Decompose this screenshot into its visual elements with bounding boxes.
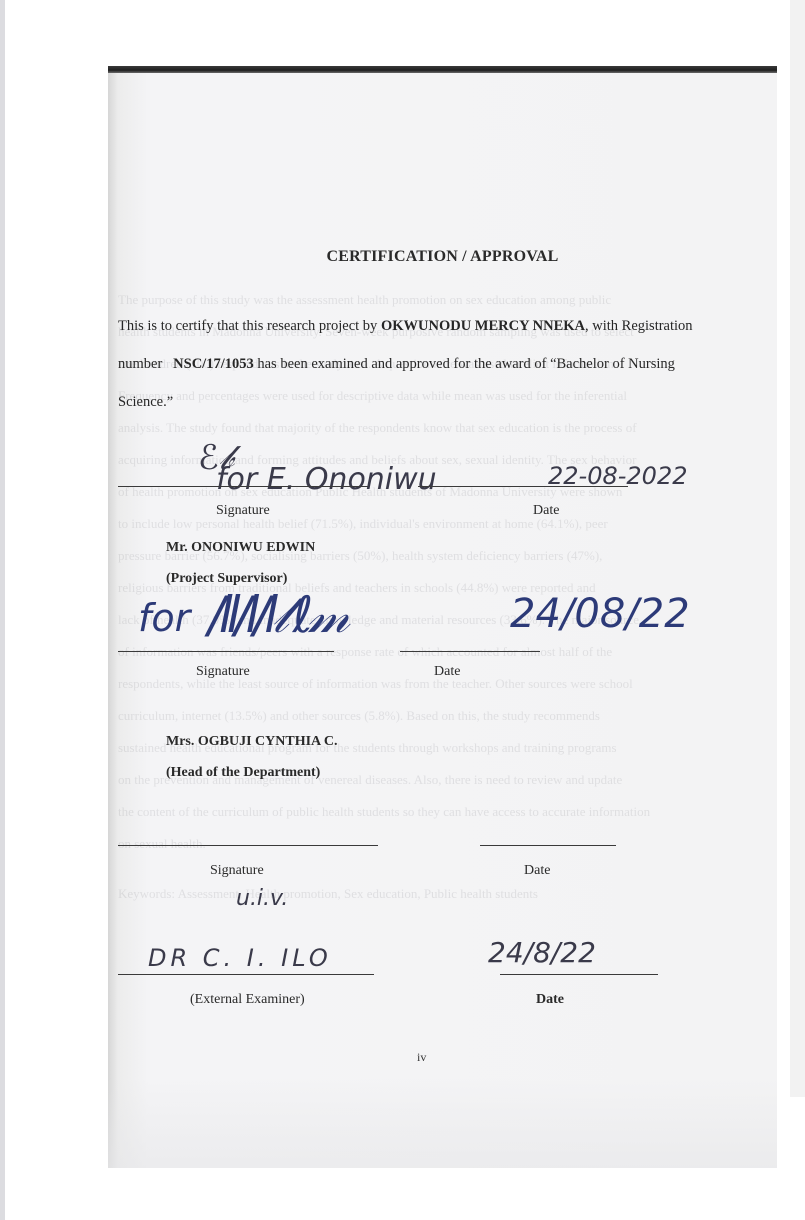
hod-signature-label: Signature (196, 664, 250, 680)
bleed-through-line: The purpose of this study was the assess… (118, 292, 767, 308)
examiner-handwritten-date: 24/8/22 (488, 936, 596, 969)
supervisor-handwritten-signature: for E. Ononiwu (216, 462, 437, 497)
registration-number: NSC/17/1053 (173, 356, 254, 372)
bleed-through-line: Frequency and percentages were used for … (118, 388, 767, 404)
supervisor-role: (Project Supervisor) (166, 571, 287, 587)
hod-signature-scribble: /ll/l/l𝓁 ℓ𝓂 (208, 586, 344, 645)
certification-line-1: This is to certify that this research pr… (118, 318, 693, 335)
hod-role: (Head of the Department) (166, 765, 320, 781)
examiner-date-label-2: Date (536, 992, 564, 1008)
hod-date-line (400, 651, 540, 652)
viewer-left-rail (0, 0, 5, 1220)
supervisor-name: Mr. ONONIWU EDWIN (166, 540, 315, 556)
examiner-name-line (118, 974, 374, 975)
supervisor-date-line (418, 486, 628, 487)
bleed-through-line: Keywords: Assessment, Health promotion, … (118, 886, 767, 902)
bleed-through-line: curriculum, internet (13.5%) and other s… (118, 708, 767, 724)
statement-text: has been examined and approved for the a… (254, 356, 675, 372)
supervisor-signature-label: Signature (216, 503, 270, 519)
statement-text: This is to certify that this research pr… (118, 318, 381, 334)
viewer-right-panel (790, 0, 805, 1097)
page-top-border (108, 66, 777, 73)
hod-handwritten-signature: for (138, 596, 190, 640)
examiner-date-line (480, 845, 616, 846)
page-title: CERTIFICATION / APPROVAL (108, 248, 777, 266)
examiner-signature-label: Signature (210, 863, 264, 879)
hod-name: Mrs. OGBUJI CYNTHIA C. (166, 734, 338, 750)
examiner-role: (External Examiner) (190, 992, 305, 1008)
document-page: The purpose of this study was the assess… (108, 66, 777, 1168)
bleed-through-line: the content of the curriculum of public … (118, 804, 767, 820)
examiner-handwritten-affiliation: u.i.v. (236, 886, 288, 911)
examiner-date-label: Date (524, 863, 550, 879)
bleed-through-line: of information was friends/peers with a … (118, 644, 767, 660)
page-number: iv (417, 1050, 426, 1065)
supervisor-date-label: Date (533, 503, 559, 519)
certification-line-2: number NSC/17/1053 has been examined and… (118, 356, 675, 373)
certification-line-3: Science.” (118, 394, 173, 411)
statement-text: , with Registration (585, 318, 693, 334)
hod-handwritten-date: 24/08/22 (510, 591, 690, 637)
student-name: OKWUNODU MERCY NNEKA (381, 318, 585, 334)
bleed-through-line: on sexual health. (118, 836, 767, 852)
hod-signature-line (118, 651, 334, 652)
statement-text: number (118, 356, 173, 372)
examiner-signature-line (118, 845, 378, 846)
bleed-through-line: analysis. The study found that majority … (118, 420, 767, 436)
hod-date-label: Date (434, 664, 460, 680)
supervisor-signature-line (118, 486, 368, 487)
examiner-date-line-2 (500, 974, 658, 975)
examiner-handwritten-name: DR C. I. ILO (148, 944, 332, 972)
